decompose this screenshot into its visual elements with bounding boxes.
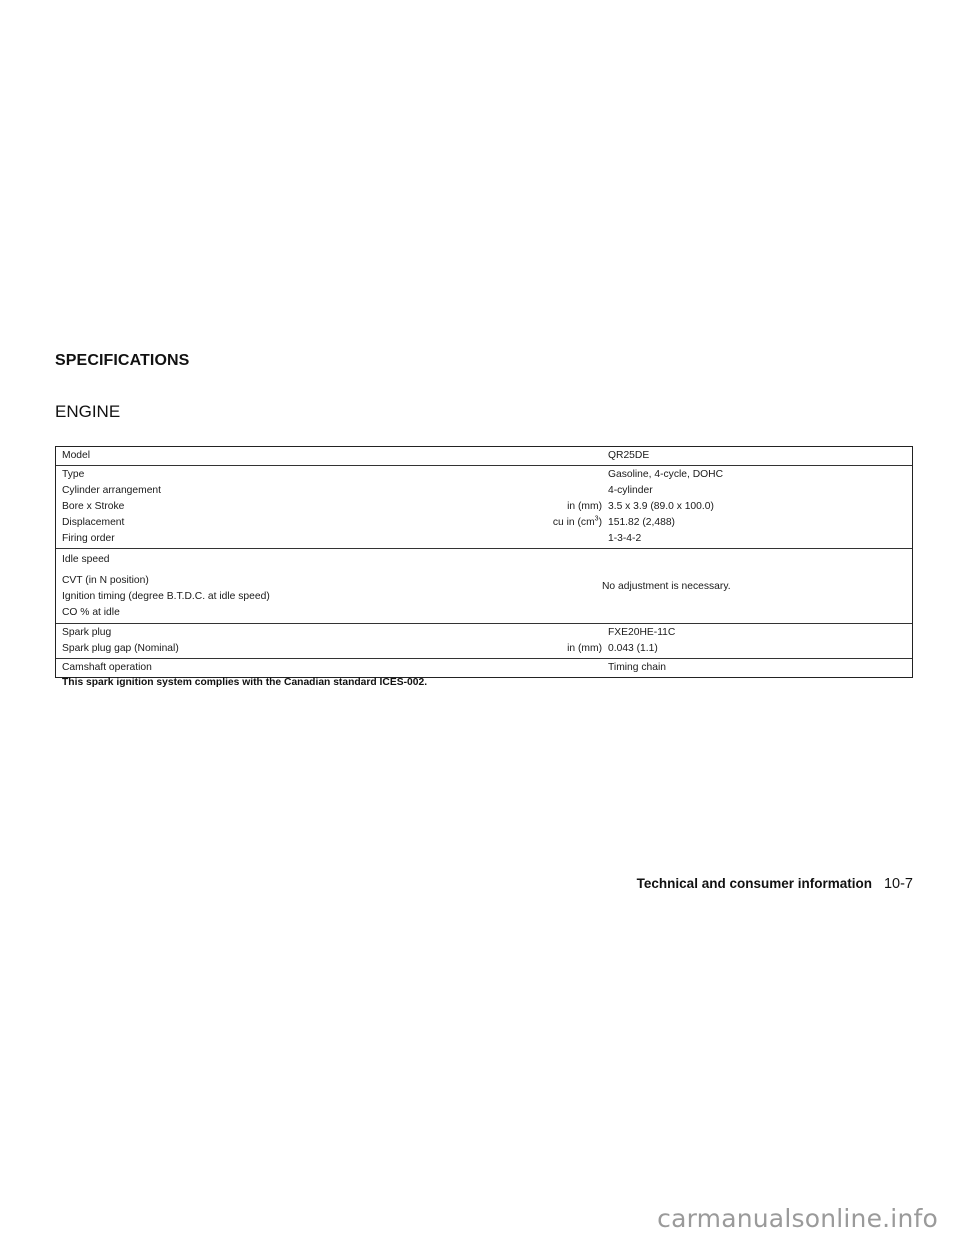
spec-label: Camshaft operation	[56, 660, 402, 676]
spec-value: 0.043 (1.1)	[608, 641, 912, 657]
table-row: Cylinder arrangement 4-cylinder	[56, 483, 912, 499]
spec-label: Cylinder arrangement	[56, 483, 402, 499]
spec-label: CVT (in N position)	[56, 573, 402, 589]
table-row: Camshaft operation Timing chain	[56, 660, 912, 676]
table-row: Spark plug FXE20HE-11C	[56, 625, 912, 641]
table-row: Ignition timing (degree B.T.D.C. at idle…	[56, 589, 602, 605]
spec-label: Displacement	[56, 515, 402, 531]
section-title: SPECIFICATIONS	[55, 352, 189, 370]
table-row: Model QR25DE	[56, 448, 912, 464]
watermark-text: carmanualsonline.info	[657, 1204, 938, 1233]
spec-label: Model	[56, 448, 402, 464]
spec-unit: in (mm)	[402, 499, 608, 515]
engine-spec-table: Model QR25DE Type Gasoline, 4-cycle, DOH…	[55, 446, 913, 678]
spec-label: Spark plug	[56, 625, 402, 641]
spec-label: Type	[56, 467, 402, 483]
spec-label: Bore x Stroke	[56, 499, 402, 515]
spec-unit: cu in (cm3)	[402, 515, 608, 531]
subsection-title: ENGINE	[55, 402, 120, 422]
spec-value: 4-cylinder	[608, 483, 912, 499]
spec-value: No adjustment is necessary.	[602, 549, 912, 623]
spec-label: Spark plug gap (Nominal)	[56, 641, 402, 657]
table-row: Idle speed	[56, 549, 602, 571]
compliance-note: This spark ignition system complies with…	[62, 677, 427, 688]
spec-label: Firing order	[56, 531, 402, 547]
spec-label: Ignition timing (degree B.T.D.C. at idle…	[56, 589, 402, 605]
spec-value: FXE20HE-11C	[608, 625, 912, 641]
table-row: CVT (in N position)	[56, 571, 602, 589]
spec-unit: in (mm)	[402, 641, 608, 657]
page-number: 10-7	[884, 876, 913, 892]
spec-value: 151.82 (2,488)	[608, 515, 912, 531]
spec-label: CO % at idle	[56, 605, 402, 621]
spec-value: QR25DE	[608, 448, 912, 464]
spec-group-spark-plug: Spark plug FXE20HE-11C Spark plug gap (N…	[56, 623, 912, 658]
table-row: CO % at idle	[56, 605, 602, 621]
page-footer: Technical and consumer information 10-7	[637, 876, 913, 892]
spec-group-model: Model QR25DE	[56, 447, 912, 465]
table-row: Displacement cu in (cm3) 151.82 (2,488)	[56, 515, 912, 531]
spec-label: Idle speed	[56, 552, 402, 568]
footer-chapter-title: Technical and consumer information	[637, 876, 872, 891]
table-row: Spark plug gap (Nominal) in (mm) 0.043 (…	[56, 641, 912, 657]
spec-value: Gasoline, 4-cycle, DOHC	[608, 467, 912, 483]
table-row: Type Gasoline, 4-cycle, DOHC	[56, 467, 912, 483]
spec-group-idle: Idle speed CVT (in N position) Ignition …	[56, 548, 912, 623]
table-row: Firing order 1-3-4-2	[56, 531, 912, 547]
spec-group-camshaft: Camshaft operation Timing chain	[56, 658, 912, 677]
spec-value: Timing chain	[608, 660, 912, 676]
spec-value: 3.5 x 3.9 (89.0 x 100.0)	[608, 499, 912, 515]
spec-value: 1-3-4-2	[608, 531, 912, 547]
table-row: Bore x Stroke in (mm) 3.5 x 3.9 (89.0 x …	[56, 499, 912, 515]
spec-group-general: Type Gasoline, 4-cycle, DOHC Cylinder ar…	[56, 465, 912, 548]
